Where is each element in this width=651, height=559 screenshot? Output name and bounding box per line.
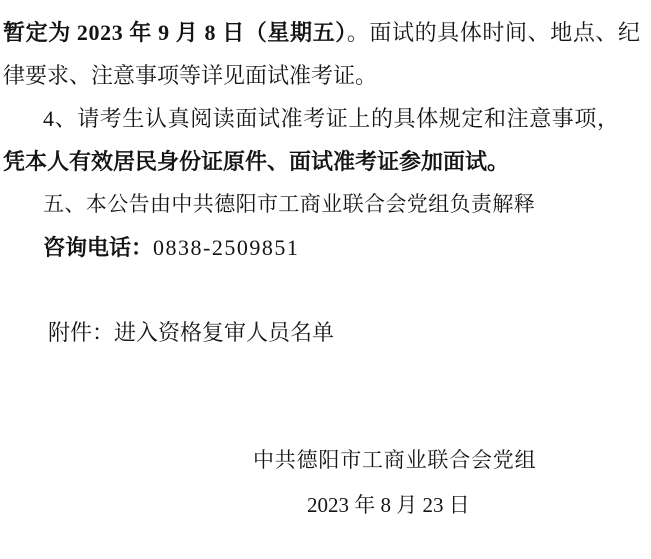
section-heading-item5: 五、本公告由中共德阳市工商业联合会党组负责解释 (3, 183, 645, 226)
attachment-label: 附件： (48, 320, 114, 345)
contact-line: 咨询电话：0838-2509851 (3, 226, 645, 269)
paragraph-line: 律要求、注意事项等详见面试准考证。 (3, 54, 645, 97)
attachment-line: 附件：进入资格复审人员名单 (3, 311, 645, 354)
notice-document-page: 暂定为 2023 年 9 月 8 日（星期五）。面试的具体时间、地点、纪 律要求… (0, 0, 651, 559)
contact-phone: 0838-2509851 (153, 235, 299, 260)
paragraph-line: 暂定为 2023 年 9 月 8 日（星期五）。面试的具体时间、地点、纪 (3, 11, 645, 54)
paragraph-line-item4: 4、请考生认真阅读面试准考证上的具体规定和注意事项， (3, 97, 645, 140)
attachment-title: 进入资格复审人员名单 (114, 320, 334, 345)
interview-date-bold-text: 暂定为 2023 年 9 月 8 日（星期五） (3, 20, 347, 45)
contact-label: 咨询电话： (43, 235, 153, 260)
paragraph-line-bold: 凭本人有效居民身份证原件、面试准考证参加面试。 (3, 140, 645, 183)
paragraph-line-text: 。面试的具体时间、地点、纪 (347, 20, 641, 45)
signature-date: 2023 年 8 月 23 日 (3, 484, 645, 527)
signature-organization: 中共德阳市工商业联合会党组 (3, 439, 645, 482)
